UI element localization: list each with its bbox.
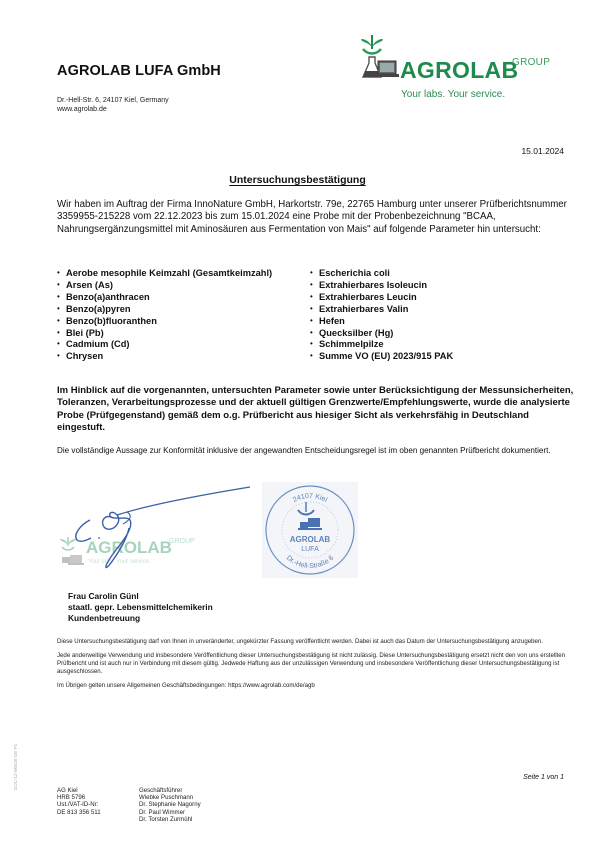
parameter-item: Arsen (As) [57, 280, 310, 292]
parameter-item: Summe VO (EU) 2023/915 PAK [310, 351, 453, 363]
company-address: Dr.-Hell-Str. 6, 24107 Kiel, Germany [57, 97, 169, 106]
document-title: Untersuchungsbestätigung [0, 174, 595, 186]
parameter-list-left: Aerobe mesophile Keimzahl (Gesamtkeimzah… [57, 268, 310, 363]
stamp-top-text: 24107 Kiel [292, 493, 329, 504]
parameter-item: Aerobe mesophile Keimzahl (Gesamtkeimzah… [57, 268, 310, 280]
logo-group-label: GROUP [512, 57, 550, 68]
footer-line: HRB 5796 [57, 794, 101, 801]
stamp-center-text-1: AGROLAB [290, 535, 331, 544]
document-code: DOC-12-ei0426-DE-P1 [13, 744, 18, 790]
parameter-item: Extrahierbares Valin [310, 304, 453, 316]
footer-line: DE 813 356 511 [57, 809, 101, 816]
footer-line: AG Kiel [57, 787, 101, 794]
parameter-item: Chrysen [57, 351, 310, 363]
intro-paragraph: Wir haben im Auftrag der Firma InnoNatur… [57, 199, 567, 236]
footer-management: Geschäftsführer Wiebke Puschmann Dr. Ste… [139, 787, 201, 823]
signer-name: Frau Carolin Günl [68, 591, 213, 602]
parameter-item: Benzo(b)fluoranthen [57, 316, 310, 328]
page-number: Seite 1 von 1 [523, 774, 564, 781]
parameter-item: Extrahierbares Isoleucin [310, 280, 453, 292]
stamp-seal-icon: 24107 Kiel Dr.-Hell-Straße 6 AGROLAB LUF… [262, 482, 358, 578]
parameter-item: Blei (Pb) [57, 328, 310, 340]
plant-flask-laptop-icon [360, 33, 400, 83]
svg-text:24107 Kiel: 24107 Kiel [292, 493, 329, 504]
official-stamp: 24107 Kiel Dr.-Hell-Straße 6 AGROLAB LUF… [262, 482, 358, 578]
terms-note: Im Übrigen gelten unsere Allgemeinen Ges… [57, 682, 577, 690]
footer-registration: AG Kiel HRB 5796 Ust./VAT-ID-Nr: DE 813 … [57, 787, 101, 816]
agrolab-logo: AGROLAB GROUP Your labs. Your service. [360, 33, 570, 103]
parameter-list-right: Escherichia coli Extrahierbares Isoleuci… [310, 268, 453, 363]
parameter-item: Escherichia coli [310, 268, 453, 280]
stamp-center-text-2: LUFA [301, 546, 319, 553]
parameter-item: Cadmium (Cd) [57, 339, 310, 351]
document-date: 15.01.2024 [521, 146, 564, 156]
parameter-item: Hefen [310, 316, 453, 328]
legal-notes: Diese Untersuchungsbestätigung darf von … [57, 638, 577, 696]
conformity-paragraph: Die vollständige Aussage zur Konformität… [57, 446, 577, 456]
parameter-item: Schimmelpilze [310, 339, 453, 351]
legal-note: Diese Untersuchungsbestätigung darf von … [57, 638, 577, 646]
parameter-item: Quecksilber (Hg) [310, 328, 453, 340]
logo-wordmark: AGROLAB [400, 57, 518, 84]
signer-block: Frau Carolin Günl staatl. gepr. Lebensmi… [68, 591, 213, 624]
parameter-list: Aerobe mesophile Keimzahl (Gesamtkeimzah… [57, 268, 577, 363]
svg-text:Dr.-Hell-Straße 6: Dr.-Hell-Straße 6 [285, 554, 335, 570]
logo-tagline: Your labs. Your service. [401, 89, 505, 100]
company-website: www.agrolab.de [57, 106, 169, 115]
parameter-item: Extrahierbares Leucin [310, 292, 453, 304]
footer-line: Dr. Torsten Zurmühl [139, 816, 201, 823]
footer-line: Wiebke Puschmann [139, 794, 201, 801]
footer-line: Ust./VAT-ID-Nr: [57, 801, 101, 808]
legal-note: Jede anderweitige Verwendung und insbeso… [57, 652, 577, 676]
footer-line: Geschäftsführer [139, 787, 201, 794]
signer-department: Kundenbetreuung [68, 613, 213, 624]
company-name: AGROLAB LUFA GmbH [57, 63, 221, 79]
company-address-block: Dr.-Hell-Str. 6, 24107 Kiel, Germany www… [57, 97, 169, 114]
signer-title: staatl. gepr. Lebensmittelchemikerin [68, 602, 213, 613]
parameter-item: Benzo(a)pyren [57, 304, 310, 316]
footer-line: Dr. Stephanie Nagorny [139, 801, 201, 808]
assessment-paragraph: Im Hinblick auf die vorgenannten, unters… [57, 385, 577, 434]
stamp-bottom-text: Dr.-Hell-Straße 6 [285, 554, 335, 570]
footer-line: Dr. Paul Wimmer [139, 809, 201, 816]
handwritten-signature [55, 480, 255, 575]
parameter-item: Benzo(a)anthracen [57, 292, 310, 304]
